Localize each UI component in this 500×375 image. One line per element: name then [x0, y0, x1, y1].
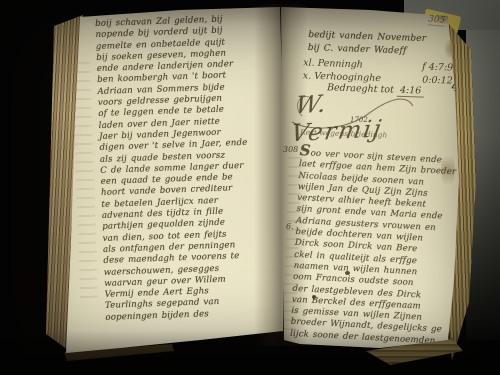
signature-year: 1702: [350, 116, 368, 124]
ink-blot: [312, 295, 316, 299]
book-gutter-shadow: [254, 4, 308, 346]
tax-amount: 0:0:12: [422, 74, 453, 88]
stain: [441, 150, 455, 190]
tax-entries: xl. Penningh f 4:7:9 x. Verhooginghe 0:0…: [303, 56, 454, 87]
photo-background: boij schavan Zal gelden, bijnopende bij …: [0, 0, 500, 375]
date-header: bedijt vanden November bij C. vander Wad…: [308, 29, 427, 58]
tax-amount: f 4:7:9: [422, 61, 454, 75]
ink-blot: [345, 271, 350, 275]
